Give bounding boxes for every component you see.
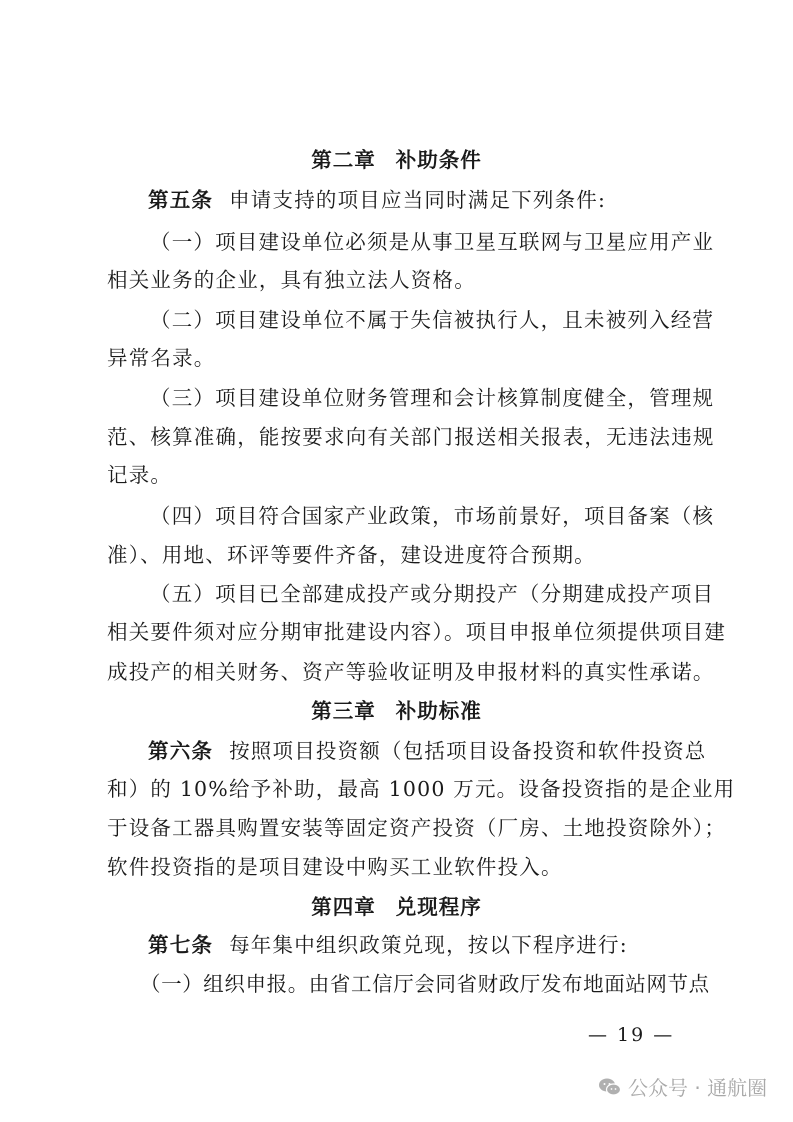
paragraph-line: 软件投资指的是项目建设中购买工业软件投入。 (107, 853, 689, 881)
article-text: 每年集中组织政策兑现，按以下程序进行: (229, 933, 628, 957)
paragraph-line: 成投产的相关财务、资产等验收证明及申报材料的真实性承诺。 (107, 658, 689, 686)
paragraph-line: 准）、用地、环评等要件齐备，建设进度符合预期。 (107, 541, 689, 569)
chapter-title: 补助标准 (396, 699, 482, 723)
document-page: 第二章补助条件 第五条申请支持的项目应当同时满足下列条件: （一）项目建设单位必… (0, 0, 793, 1122)
chapter-heading-4: 第四章兑现程序 (0, 893, 793, 921)
paragraph-line: 记录。 (107, 461, 689, 489)
chapter-number: 第四章 (311, 895, 376, 919)
watermark: 公众号 · 通航圈 (598, 1072, 767, 1101)
wechat-icon (598, 1077, 622, 1097)
chapter-heading-3: 第三章补助标准 (0, 697, 793, 725)
paragraph-line: 异常名录。 (107, 344, 689, 372)
paragraph-line: 相关要件须对应分期审批建设内容）。项目申报单位须提供项目建 (107, 618, 689, 646)
paragraph-line: 于设备工器具购置安装等固定资产投资（厂房、土地投资除外）； (107, 814, 689, 842)
paragraph-line: 范、核算准确，能按要求向有关部门报送相关报表，无违法违规 (107, 423, 689, 451)
article-7: 第七条每年集中组织政策兑现，按以下程序进行: (148, 931, 693, 959)
page-number: — 19 — (588, 1022, 674, 1048)
article-label: 第五条 (148, 188, 213, 212)
paragraph-line: （一）组织申报。由省工信厅会同省财政厅发布地面站网节点 (140, 970, 695, 998)
article-label: 第七条 (148, 933, 213, 957)
watermark-text: 公众号 · 通航圈 (628, 1072, 767, 1101)
chapter-title: 补助条件 (396, 148, 482, 172)
chapter-number: 第三章 (311, 699, 376, 723)
article-text: 申请支持的项目应当同时满足下列条件: (229, 188, 606, 212)
chapter-title: 兑现程序 (396, 895, 482, 919)
paragraph-line: （五）项目已全部建成投产或分期投产（分期建成投产项目 (150, 580, 732, 608)
article-text: 按照项目投资额（包括项目设备投资和软件投资总 (229, 739, 706, 763)
article-5: 第五条申请支持的项目应当同时满足下列条件: (148, 186, 693, 214)
paragraph-line: （一）项目建设单位必须是从事卫星互联网与卫星应用产业 (150, 228, 732, 256)
paragraph-line: （二）项目建设单位不属于失信被执行人，且未被列入经营 (150, 306, 732, 334)
chapter-heading-2: 第二章补助条件 (0, 146, 793, 174)
paragraph-line: 相关业务的企业，具有独立法人资格。 (107, 266, 689, 294)
article-label: 第六条 (148, 739, 213, 763)
paragraph-line: （四）项目符合国家产业政策，市场前景好，项目备案（核 (150, 502, 732, 530)
article-6: 第六条按照项目投资额（包括项目设备投资和软件投资总 (148, 737, 693, 765)
paragraph-line: （三）项目建设单位财务管理和会计核算制度健全，管理规 (150, 384, 732, 412)
paragraph-line: 和）的 10%给予补助，最高 1000 万元。设备投资指的是企业用 (107, 775, 689, 803)
chapter-number: 第二章 (311, 148, 376, 172)
